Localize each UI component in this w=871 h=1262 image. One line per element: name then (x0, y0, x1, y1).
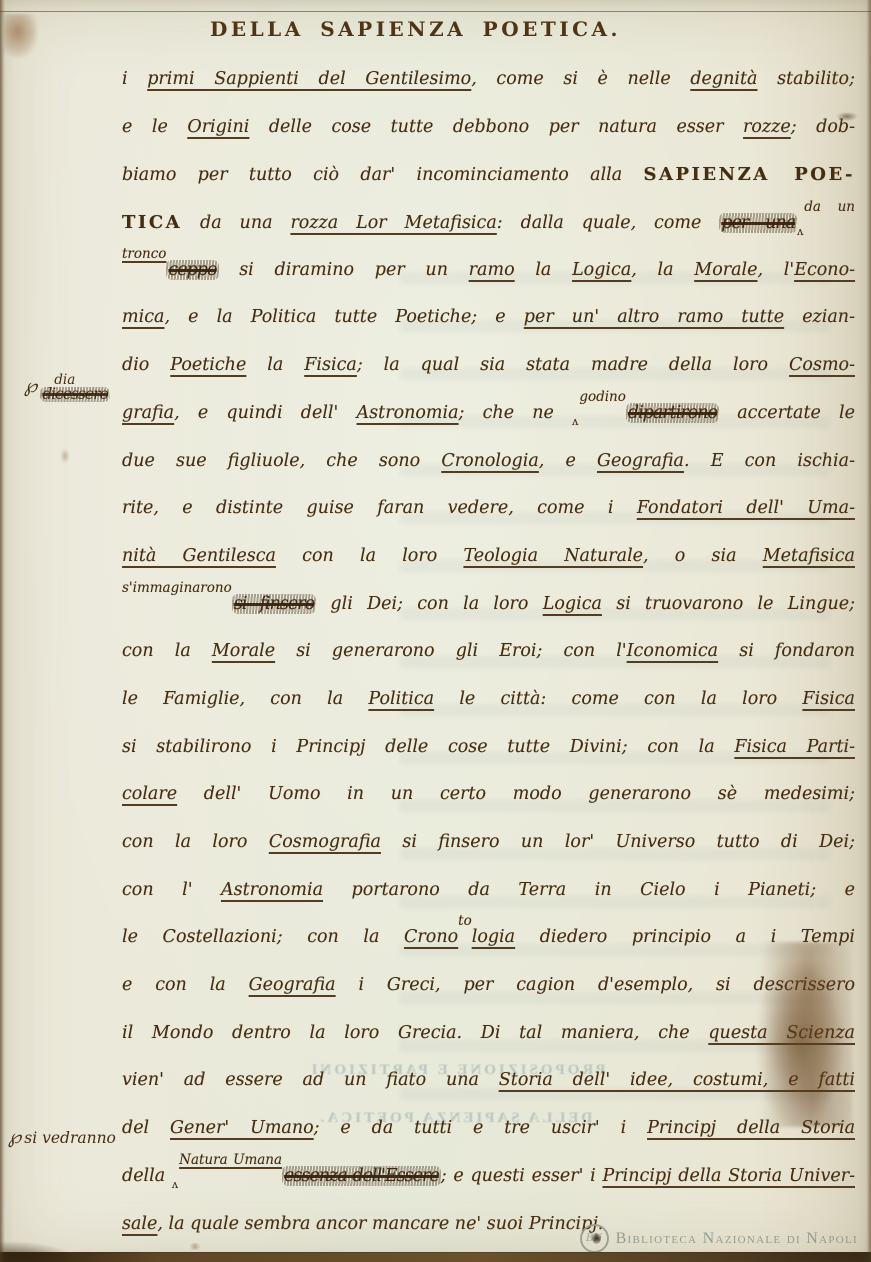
text-segment: , e la Politica tutte Poetiche; e (164, 307, 523, 327)
text-segment: , e (539, 451, 597, 471)
caret-mark: ʌ (572, 415, 578, 428)
text-segment: Econo- (794, 260, 855, 280)
text-segment: colare (122, 784, 177, 804)
text-segment: , come si è nelle (471, 69, 690, 89)
margin-note-text: si vedranno (24, 1129, 116, 1147)
margin-note-stack: diadicessero (40, 374, 110, 402)
ink-spot (188, 1243, 202, 1250)
manuscript-line: colare dell' Uomo in un certo modo gener… (122, 771, 855, 819)
manuscript-line: due sue figliuole, che sono Cronologia, … (122, 438, 855, 486)
text-segment: si diramino per un (219, 260, 469, 280)
text-segment: sale (122, 1214, 157, 1234)
text-segment: Politica (368, 689, 434, 709)
manuscript-line: le Costellazioni; con la Cronotologia di… (122, 914, 855, 962)
text-segment: del (122, 1118, 170, 1138)
manuscript-lines: i primi Sappienti del Gentilesimo, come … (122, 56, 855, 1248)
page-edge-bottom (0, 1252, 871, 1262)
text-segment: nità Gentilesca (122, 546, 276, 566)
text-segment: Gener' Umano (170, 1118, 314, 1138)
text-segment: Fisica (802, 689, 855, 709)
caret-mark: ʌ (797, 225, 803, 238)
text-segment: logia (472, 927, 515, 947)
text-segment: della (122, 1166, 172, 1186)
manuscript-line: con l' Astronomia portarono da Terra in … (122, 867, 855, 915)
text-segment: ezian- (784, 307, 855, 327)
text-segment: , l' (758, 260, 795, 280)
margin-note-dia: ℘diadicessero (24, 374, 110, 402)
manuscript-line: i primi Sappienti del Gentilesimo, come … (122, 56, 855, 104)
text-segment: Geografia (597, 451, 684, 471)
text-segment: con la loro (276, 546, 464, 566)
text-segment: , e quindi dell' (174, 403, 356, 423)
text-segment: Crono (404, 927, 458, 947)
ink-spot (836, 112, 858, 121)
text-segment: vien' ad essere ad un fiato una (122, 1070, 499, 1090)
text-segment: , la quale sembra ancor mancare ne' suoi… (157, 1214, 603, 1234)
manuscript-line: mica, e la Politica tutte Poetiche; e pe… (122, 294, 855, 342)
stamp-label: Biblioteca Nazionale di Napoli (616, 1230, 858, 1248)
text-segment: : dalla quale, come (497, 213, 719, 233)
inserted-word: godino (579, 389, 626, 405)
inserted-word: s'immaginarono (122, 580, 232, 596)
inserted-word: da un (804, 199, 855, 215)
caret-mark: ʌ (172, 1178, 178, 1191)
text-segment: la (246, 355, 304, 375)
text-segment: delle cose tutte debbono per natura esse… (249, 117, 743, 137)
text-segment: ; e da tutti e tre uscir' i (314, 1118, 647, 1138)
manuscript-line: della ʌNatura Umanaessenza dell'Essere; … (122, 1153, 855, 1201)
page-edge-left (0, 0, 5, 1262)
text-segment: accertate le (719, 403, 855, 423)
page-title: DELLA SAPIENZA POETICA. (0, 17, 831, 41)
text-segment: dell' Uomo in un certo modo generarono s… (177, 784, 855, 804)
inserted-word: to (458, 913, 472, 929)
text-segment: Astronomia (221, 880, 323, 900)
text-segment: ramo (469, 260, 515, 280)
paragraph-mark-icon: ℘ (8, 1126, 21, 1148)
text-segment: rozze (743, 117, 791, 137)
text-segment: ; la qual sia stata madre della loro (357, 355, 789, 375)
text-segment: da una (182, 213, 290, 233)
text-segment: Iconomica (627, 641, 718, 661)
text-segment: Logica (572, 260, 631, 280)
text-segment: SAPIENZA POE- (644, 164, 855, 185)
library-stamp: BN Biblioteca Nazionale di Napoli (580, 1224, 858, 1253)
text-segment: Fisica Parti- (734, 737, 855, 757)
text-segment: Fondatori dell' Uma- (637, 498, 855, 518)
margin-note-si-vedranno: ℘si vedranno (8, 1126, 116, 1148)
manuscript-line: si stabilirono i Principj delle cose tut… (122, 724, 855, 772)
paragraph-mark-icon: ℘ (24, 375, 37, 397)
text-segment: dio (122, 355, 170, 375)
text-segment: Astronomia (357, 403, 459, 423)
page-edge-top (0, 0, 871, 12)
text-segment: Geografia (249, 975, 336, 995)
text-segment: grafia (122, 403, 174, 423)
text-segment: la (515, 260, 572, 280)
text-segment: Morale (694, 260, 757, 280)
manuscript-line: troncoceppo si diramino per un ramo la L… (122, 247, 855, 295)
text-segment: si stabilirono i Principj delle cose tut… (122, 737, 734, 757)
text-segment: degnità (690, 69, 757, 89)
text-segment: Principj della Storia Univer- (603, 1166, 855, 1186)
struck-word: ceppo (166, 260, 218, 280)
text-segment: gli Dei; con la loro (316, 594, 543, 614)
manuscript-line: e con la Geografia i Greci, per cagion d… (122, 962, 855, 1010)
manuscript-line: il Mondo dentro la loro Grecia. Di tal m… (122, 1010, 855, 1058)
text-segment: portarono da Terra in Cielo i Pianeti; e (323, 880, 855, 900)
text-segment: mica (122, 307, 164, 327)
manuscript-line: dio Poetiche la Fisica; la qual sia stat… (122, 342, 855, 390)
text-segment: Poetiche (170, 355, 246, 375)
text-segment: Metafisica (763, 546, 855, 566)
struck-word: dipartirono (626, 403, 719, 423)
manuscript-line: nità Gentilesca con la loro Teologia Nat… (122, 533, 855, 581)
text-segment: , o sia (643, 546, 763, 566)
text-segment: per un' altro ramo tutte (524, 307, 784, 327)
manuscript-line: grafia, e quindi dell' Astronomia; che n… (122, 390, 855, 438)
text-segment: con la loro (122, 832, 269, 852)
text-segment: Teologia Naturale (463, 546, 643, 566)
text-segment: rite, e distinte guise faran vedere, com… (122, 498, 637, 518)
ink-stain (4, 14, 38, 58)
manuscript-line: con la Morale si generarono gli Eroi; co… (122, 628, 855, 676)
text-segment: e le (122, 117, 187, 137)
text-segment: Origini (187, 117, 249, 137)
text-segment: ; e questi esser' i (441, 1166, 603, 1186)
text-segment: TICA (122, 212, 182, 233)
text-segment: con l' (122, 880, 221, 900)
text-segment: biamo per tutto ciò dar' incominciamento… (122, 165, 644, 185)
text-segment: le città: come con la loro (434, 689, 802, 709)
manuscript-line: biamo per tutto ciò dar' incominciamento… (122, 151, 855, 199)
text-segment: stabilito; (757, 69, 855, 89)
manuscript-line: TICA da una rozza Lor Metafisica: dalla … (122, 199, 855, 247)
text-segment: Cosmo- (789, 355, 855, 375)
text-segment: due sue figliuole, che sono (122, 451, 441, 471)
manuscript-line: e le Origini delle cose tutte debbono pe… (122, 104, 855, 152)
struck-word: si finsero (232, 594, 316, 614)
manuscript-line: le Famiglie, con la Politica le città: c… (122, 676, 855, 724)
ink-spot (60, 448, 70, 464)
manuscript-line: s'immaginaronosi finsero gli Dei; con la… (122, 581, 855, 629)
text-segment: primi Sappienti del Gentilesimo (147, 69, 471, 89)
text-segment: e con la (122, 975, 249, 995)
ink-stain (756, 942, 852, 1127)
struck-word: dicessero (40, 387, 110, 402)
text-segment: le Costellazioni; con la (122, 927, 404, 947)
text-segment: Morale (212, 641, 275, 661)
text-segment: con la (122, 641, 212, 661)
inserted-word: tronco (122, 246, 166, 262)
text-segment: le Famiglie, con la (122, 689, 368, 709)
struck-word: per una (719, 213, 797, 233)
text-segment: si truovarono le Lingue; (602, 594, 855, 614)
text-segment: ; che ne (459, 403, 573, 423)
manuscript-line: del Gener' Umano; e da tutti e tre uscir… (122, 1105, 855, 1153)
text-segment: , la (631, 260, 694, 280)
text-segment: Cronologia (441, 451, 538, 471)
text-segment: rozza Lor Metafisica (290, 213, 496, 233)
text-segment: si finsero un lor' Universo tutto di Dei… (381, 832, 855, 852)
manuscript-line: con la loro Cosmografia si finsero un lo… (122, 819, 855, 867)
text-segment: Logica (543, 594, 602, 614)
manuscript-line: vien' ad essere ad un fiato una Storia d… (122, 1057, 855, 1105)
page-edge-right (866, 0, 871, 1262)
text-segment: si generarono gli Eroi; con l' (275, 641, 627, 661)
page-corner-bottom-left (0, 1242, 74, 1262)
struck-word: essenza dell'Essere (282, 1166, 441, 1186)
text-segment: si fondaron (718, 641, 855, 661)
ink-spot (592, 1233, 601, 1244)
text-segment: . E con ischia- (684, 451, 855, 471)
text-segment: Fisica (304, 355, 357, 375)
text-segment: Cosmografia (269, 832, 381, 852)
inserted-word: Natura Umana (179, 1152, 282, 1168)
text-segment: i (122, 69, 147, 89)
manuscript-line: rite, e distinte guise faran vedere, com… (122, 485, 855, 533)
text-segment: il Mondo dentro la loro Grecia. Di tal m… (122, 1023, 708, 1043)
manuscript-page: PROPOSIZIONE E PARTIZIONI DELLA SAPIENZA… (0, 0, 871, 1262)
